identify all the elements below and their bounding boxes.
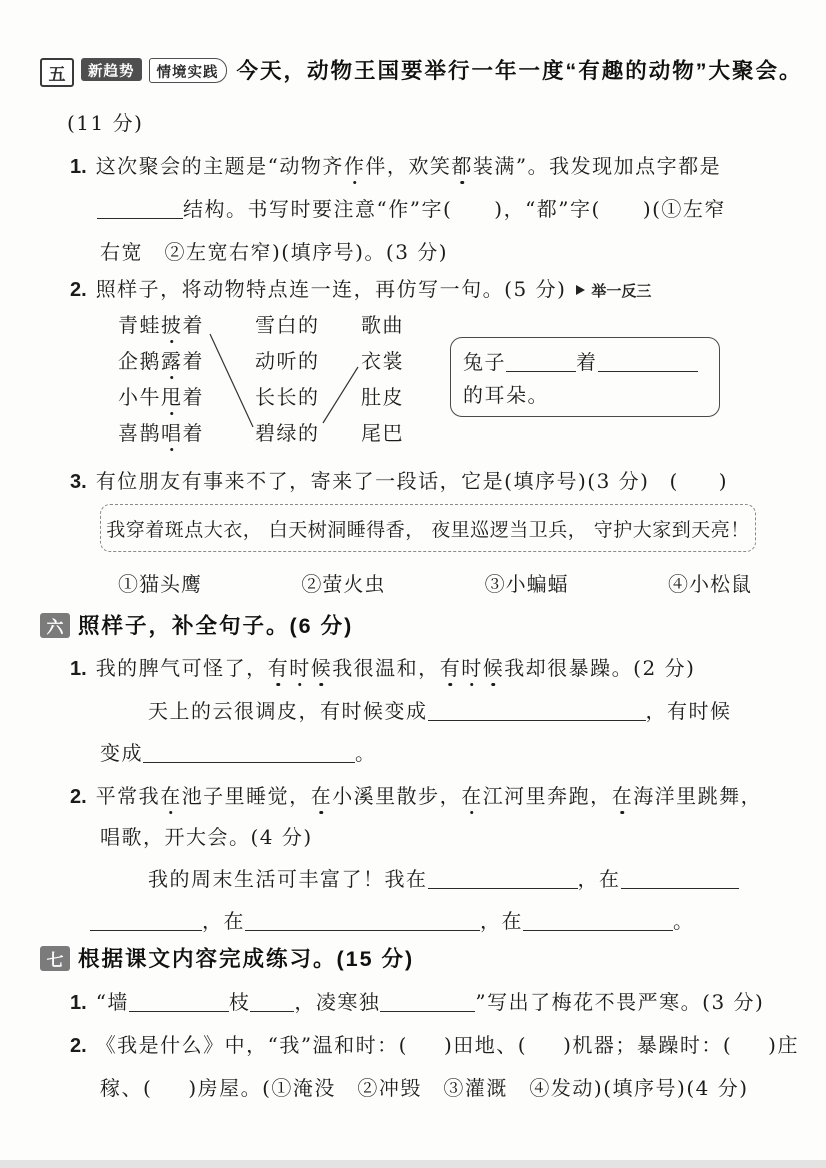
text-segment: )机器；暴躁时：( [563,1033,732,1057]
matching-column-animals: 青蛙披着 企鹅露着 小牛甩着 喜鹊唱着 [118,312,204,456]
match-item[interactable]: 歌曲 [361,312,404,348]
q5-1-line-2: 结构。书写时要注意“作”字()，“都”字()(①左窄 [97,196,726,222]
text-segment: 这次聚会的主题是“动物齐 [96,154,344,178]
option-bat[interactable]: ③小蝙蝠 [485,568,569,597]
blank-line[interactable] [621,868,739,889]
text-segment: )(①左窄 [643,197,726,221]
match-item[interactable]: 小牛甩着 [118,384,204,420]
question-number: 1. [70,992,87,1014]
blank-line[interactable] [523,910,673,931]
q5-1-line-1: 1.这次聚会的主题是“动物齐作伴，欢笑都装满”。我发现加点字都是 [70,153,721,180]
scenario-practice-tag: 情境实践 [149,58,227,83]
dotted-emphasis-text: 甩 [161,385,183,409]
new-trend-tag: 新趋势 [81,58,142,81]
sentence-answer-box[interactable]: 兔子着 的耳朵。 [450,337,720,417]
paren-gap[interactable] [679,487,719,488]
dotted-emphasis-text: 唱 [161,421,183,445]
text-segment: 着 [183,313,205,337]
section-5-score: (11 分) [67,110,143,136]
blank-line[interactable] [428,868,578,889]
section-7-badge: 七 [40,946,70,971]
text-segment: 小溪里散步， [332,784,461,808]
dotted-char: 披 [161,312,183,338]
text-segment: 池子里睡觉， [182,784,311,808]
match-item[interactable]: 衣裳 [361,348,404,384]
section-5-header: 五 新趋势 情境实践 今天，动物王国要举行一年一度“有趣的动物”大聚会。 [40,58,803,87]
dotted-char: 甩 [161,384,183,410]
dotted-char: 候 [483,655,505,681]
question-number: 2. [70,786,87,808]
q6-2-line-3: 我的周末生活可丰富了！我在，在 [148,866,739,892]
match-item[interactable]: 长长的 [255,384,320,420]
text-segment: 变成 [100,741,143,765]
match-item[interactable]: 企鹅露着 [118,348,204,384]
dotted-char: 在 [311,783,333,809]
text-segment: 。 [673,909,695,933]
text-segment: 稼、( [100,1076,152,1100]
text-segment: ，在 [578,867,621,891]
paren-gap[interactable] [152,1094,188,1095]
text-segment: 我的周末生活可丰富了！我在 [148,867,428,891]
text-segment: ，凌寒独 [294,990,380,1014]
dotted-emphasis-text: 有时候 [440,656,505,680]
text-segment: 江河里奔跑， [483,784,612,808]
match-item[interactable]: 喜鹊唱着 [118,420,204,456]
blank-line[interactable] [97,198,183,219]
blank-line[interactable] [428,700,646,721]
paren-gap[interactable] [601,215,643,216]
q6-2-line-2: 唱歌，开大会。(4 分) [100,824,313,850]
dotted-emphasis-text: 作 [344,154,366,178]
blank-line[interactable] [129,991,229,1012]
q6-1-line-3: 变成。 [100,740,377,766]
option-firefly[interactable]: ②萤火虫 [301,568,385,597]
question-number: 1. [70,156,87,178]
q6-1-line-2: 天上的云很调皮，有时候变成，有时候 [148,698,732,724]
section-7-header: 七 根据课文内容完成练习。(15 分) [40,946,414,973]
q5-2-line: 2.照样子，将动物特点连一连，再仿写一句。(5 分)举一反三 [70,276,651,305]
section-6-badge: 六 [40,613,70,638]
dotted-char: 作 [344,153,366,179]
text-segment: ，在 [480,909,523,933]
blank-line[interactable] [245,910,480,931]
text-segment: 小牛 [118,385,161,409]
text-segment: 我很温和， [332,656,440,680]
text-segment: 着 [183,385,205,409]
riddle-quote-box: 我穿着斑点大衣， 白天树洞睡得香， 夜里巡逻当卫兵， 守护大家到天亮！ [100,504,756,552]
section-6-header: 六 照样子，补全句子。(6 分) [40,613,353,640]
q7-2-line-2: 稼、()房屋。(①淹没 ②冲毁 ③灌溉 ④发动)(填序号)(4 分) [100,1075,749,1101]
riddle-quote-text: 我穿着斑点大衣， 白天树洞睡得香， 夜里巡逻当卫兵， 守护大家到天亮！ [106,515,750,542]
text-segment: )田地、( [444,1033,527,1057]
dotted-emphasis-text: 有时候 [268,656,333,680]
text-segment: 着 [183,421,205,445]
text-segment: ，有时候 [646,699,732,723]
paren-gap[interactable] [732,1051,768,1052]
q5-1-line-3: 右宽 ②左宽右窄)(填序号)。(3 分) [100,239,448,265]
text-segment: )庄 [768,1033,799,1057]
text-segment: 举一反三 [591,283,651,300]
text-segment: 海洋里跳舞， [633,784,762,808]
text-segment: ”写出了梅花不畏严寒。(3 分) [475,990,764,1014]
blank-line[interactable] [380,991,475,1012]
text-segment: 的耳朵。 [463,383,549,407]
question-number: 2. [70,279,87,301]
question-number: 2. [70,1035,87,1057]
q6-2-line-4: ，在，在。 [90,908,695,934]
worksheet-page: 五 新趋势 情境实践 今天，动物王国要举行一年一度“有趣的动物”大聚会。 (11… [0,0,826,1168]
answer-box-line-2: 的耳朵。 [463,379,709,412]
option-owl[interactable]: ①猫头鹰 [118,568,202,597]
section-6-title: 照样子，补全句子。(6 分) [78,613,353,640]
match-item[interactable]: 碧绿的 [255,420,320,456]
dotted-char: 唱 [161,420,183,446]
match-item[interactable]: 雪白的 [255,312,320,348]
section-7-title: 根据课文内容完成练习。(15 分) [78,946,414,973]
text-segment: 装满”。我发现加点字都是 [473,154,721,178]
dotted-emphasis-text: 露 [161,349,183,373]
blank-line[interactable] [598,351,698,372]
dotted-emphasis-text: 在 [311,784,333,808]
text-segment: 伴，欢笑 [365,154,451,178]
text-segment: )房屋。(①淹没 ②冲毁 ③灌溉 ④发动)(填序号)(4 分) [188,1076,748,1100]
text-segment: 结构。书写时要注意“作”字( [183,197,452,221]
paren-gap[interactable] [527,1051,563,1052]
section-5-title: 今天，动物王国要举行一年一度“有趣的动物”大聚会。 [237,58,803,85]
dotted-char: 有 [268,655,290,681]
paren-gap[interactable] [408,1051,444,1052]
text-segment: 我的脾气可怪了， [96,656,268,680]
match-item[interactable]: 动听的 [255,348,320,384]
q6-1-line-1: 1.我的脾气可怪了，有时候我很温和，有时候我却很暴躁。(2 分) [70,655,695,682]
text-segment: 兔子 [463,350,506,374]
text-segment: 枝 [229,990,251,1014]
dotted-char: 候 [311,655,333,681]
text-segment: 唱歌，开大会。(4 分) [100,825,313,849]
dotted-char: 在 [461,783,483,809]
text-segment: 《我是什么》中，“我”温和时：( [96,1033,408,1057]
matching-column-adjectives: 雪白的 动听的 长长的 碧绿的 [255,312,320,456]
blank-line[interactable] [506,351,576,372]
text-segment: 右宽 ②左宽右窄)(填序号)。(3 分) [100,240,448,264]
q7-2-line-1: 2.《我是什么》中，“我”温和时：()田地、()机器；暴躁时：()庄 [70,1032,799,1059]
text-segment: 我却很暴躁。(2 分) [504,656,695,680]
text-segment: 喜鹊 [118,421,161,445]
dotted-char: 时 [289,655,311,681]
option-squirrel[interactable]: ④小松鼠 [668,568,752,597]
text-segment: ( [669,469,678,493]
text-segment: 有位朋友有事来不了，寄来了一段话，它是(填序号)(3 分) [96,469,650,493]
q5-3-line: 3.有位朋友有事来不了，寄来了一段话，它是(填序号)(3 分)() [70,468,728,495]
text-segment: 。 [355,741,377,765]
dotted-char: 在 [612,783,634,809]
text-segment: 企鹅 [118,349,161,373]
match-item[interactable]: 肚皮 [361,384,404,420]
q7-1-line: 1.“墙枝，凌寒独”写出了梅花不畏严寒。(3 分) [70,989,764,1016]
text-segment: 着 [576,350,598,374]
text-segment: ) [719,469,728,493]
text-segment: 平常我 [96,784,161,808]
dotted-emphasis-text: 在 [160,784,182,808]
question-number: 3. [70,471,87,493]
page-bottom-edge [0,1160,826,1168]
text-segment: ，在 [202,909,245,933]
dotted-char: 在 [160,783,182,809]
dotted-emphasis-text: 在 [461,784,483,808]
section-5-badge: 五 [40,58,74,87]
blank-line[interactable] [143,742,355,763]
blank-line[interactable] [250,991,294,1012]
text-segment: 青蛙 [118,313,161,337]
dotted-char: 露 [161,348,183,374]
matching-exercise: 青蛙披着 企鹅露着 小牛甩着 喜鹊唱着 雪白的 动听的 长长的 碧绿的 歌曲 衣… [118,312,438,462]
match-item[interactable]: 青蛙披着 [118,312,204,348]
dotted-char: 都 [451,153,473,179]
dotted-emphasis-text: 在 [612,784,634,808]
q6-2-line-1: 2.平常我在池子里睡觉，在小溪里散步，在江河里奔跑，在海洋里跳舞， [70,783,762,810]
text-segment: )，“都”字( [494,197,601,221]
blank-line[interactable] [90,910,202,931]
matching-column-nouns: 歌曲 衣裳 肚皮 尾巴 [361,312,404,456]
text-segment: “墙 [96,990,129,1014]
dotted-emphasis-text: 披 [161,313,183,337]
dotted-char: 有 [440,655,462,681]
text-segment: 天上的云很调皮，有时候变成 [148,699,428,723]
answer-box-line-1: 兔子着 [463,346,709,379]
match-item[interactable]: 尾巴 [361,420,404,456]
text-segment: 照样子，将动物特点连一连，再仿写一句。(5 分) [96,277,567,301]
dotted-char: 时 [461,655,483,681]
text-segment: 着 [183,349,205,373]
arrow-right-icon [576,285,585,295]
q5-3-options: ①猫头鹰 ②萤火虫 ③小蝙蝠 ④小松鼠 [118,568,752,597]
paren-gap[interactable] [452,215,494,216]
dotted-emphasis-text: 都 [451,154,473,178]
question-number: 1. [70,658,87,680]
